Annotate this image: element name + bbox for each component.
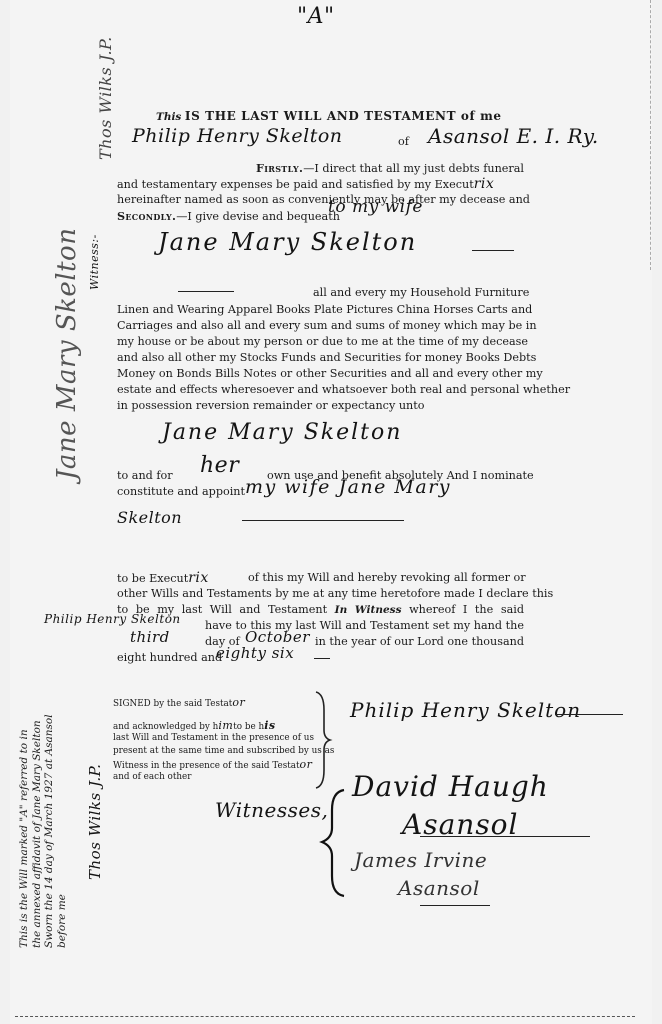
his-fill: is [264,719,275,732]
witness-2-name: James Irvine [354,848,487,872]
to-and-for: to and for [117,468,173,485]
execut-prefix: to be Execut [117,572,188,585]
fill-rule [242,520,404,521]
him-fill: im [218,719,233,732]
exhibit-mark: "A" [297,4,335,29]
year-text: in the year of our Lord one thousand [315,634,524,651]
firstly-label: Firstly. [256,161,303,175]
executrix-fill-2: rix [188,570,209,586]
attest-text: Witness in the presence of the said Test… [113,761,300,771]
firstly-line-3: hereinafter named as soon as convenientl… [117,192,524,209]
fill-rule [472,250,514,251]
firstly-clause: Firstly.—I direct that all my just debts… [256,160,524,178]
bequest-line: estate and effects wheresoever and whats… [117,382,524,399]
testator-fill-2: or [300,758,313,771]
attest-line: last Will and Testament in the presence … [113,732,314,745]
will-title: This IS THE LAST WILL AND TESTAMENT of m… [156,108,502,126]
signature-flourish [555,714,623,715]
signature-flourish [420,836,590,837]
affidavit-line: before me [56,714,69,948]
attest-line: and of each other [113,771,191,784]
signed-line: SIGNED by the said Testator [113,696,245,711]
in-witness: In Witness [335,604,402,616]
bequest-line: Carriages and also all and every sum and… [117,318,524,335]
bequest-line: Money on Bonds Bills Notes or other Secu… [117,366,524,383]
year-fill: eighty six [216,644,294,662]
executor-fill-1: my wife Jane Mary [245,476,451,498]
witnesses-label: Witnesses, [215,798,328,822]
affidavit-line: the annexed affidavit of Jane Mary Skelt… [31,714,44,948]
testator-signature: Philip Henry Skelton [350,698,581,722]
jp-signature-top: Thos Wilks J.P. [96,36,115,160]
firstly-text: —I direct that all my just debts funeral [303,162,524,175]
revoke-line-1: of this my Will and hereby revoking all … [248,570,524,587]
revoke-text-b: whereof I the said [409,603,524,616]
signature-flourish [420,905,490,906]
jane-signature-vertical: Jane Mary Skelton [52,228,82,480]
beneficiary-2: Jane Mary Skelton [162,420,402,445]
ack-prefix: and acknowledged by h [113,722,218,732]
title-text: IS THE LAST WILL AND TESTAMENT of me [185,109,502,123]
secondly-fill: to my wife [328,197,423,217]
execut-line: to be Executrix [117,570,209,588]
revoke-line-2: other Wills and Testaments by me at any … [117,586,524,603]
affidavit-line: This is the Will marked "A" referred to … [18,714,31,948]
page-edge-bottom [15,1016,635,1017]
jp-signature-bottom: Thos Wilks J.P. [86,764,104,880]
fill-rule [314,658,330,659]
executrix-fill-1: rix [474,176,495,192]
secondly-label: Secondly. [117,209,176,223]
pronoun-fill: her [200,453,239,478]
witness-2-place: Asansol [398,876,480,900]
of-label: of [398,134,409,151]
year-line-prefix: eight hundred and [117,650,222,667]
attest-line: present at the same time and subscribed … [113,745,334,758]
brace-attestation-icon [312,690,334,790]
ack-mid: to be h [233,722,264,732]
testator-fill: or [232,696,245,709]
fill-rule [178,291,234,292]
bequest-line: all and every my Household Furniture [313,285,524,302]
line-2-text: and testamentary expenses be paid and sa… [117,178,474,191]
witness-1-name: David Haugh [352,770,549,803]
page-edge-right [650,0,652,270]
bequest-line: and also all other my Stocks Funds and S… [117,350,524,367]
bequest-line: my house or be about my person or due to… [117,334,524,351]
affidavit-note: This is the Will marked "A" referred to … [18,714,68,948]
firstly-line-2: and testamentary expenses be paid and sa… [117,176,494,194]
secondly-text: —I give devise and bequeath [176,210,340,223]
day-fill: third [130,628,170,646]
secondly-clause: Secondly.—I give devise and bequeath [117,208,340,226]
title-prefix: This [156,111,181,123]
testator-place: Asansol E. I. Ry. [428,124,599,148]
testator-name: Philip Henry Skelton [132,125,343,147]
executor-fill-2: Skelton [117,508,182,527]
constitute-text: constitute and appoint [117,484,245,501]
signer-fill: Philip Henry Skelton [44,612,181,626]
signed-text: SIGNED by the said Testat [113,699,232,709]
affidavit-line: Sworn the 14 day of March 1927 at Asanso… [43,714,56,948]
beneficiary-1: Jane Mary Skelton [158,228,417,256]
bequest-line: Linen and Wearing Apparel Books Plate Pi… [117,302,524,319]
witness-vertical: Witness:- [88,234,101,290]
bequest-line: in possession reversion remainder or exp… [117,398,424,415]
